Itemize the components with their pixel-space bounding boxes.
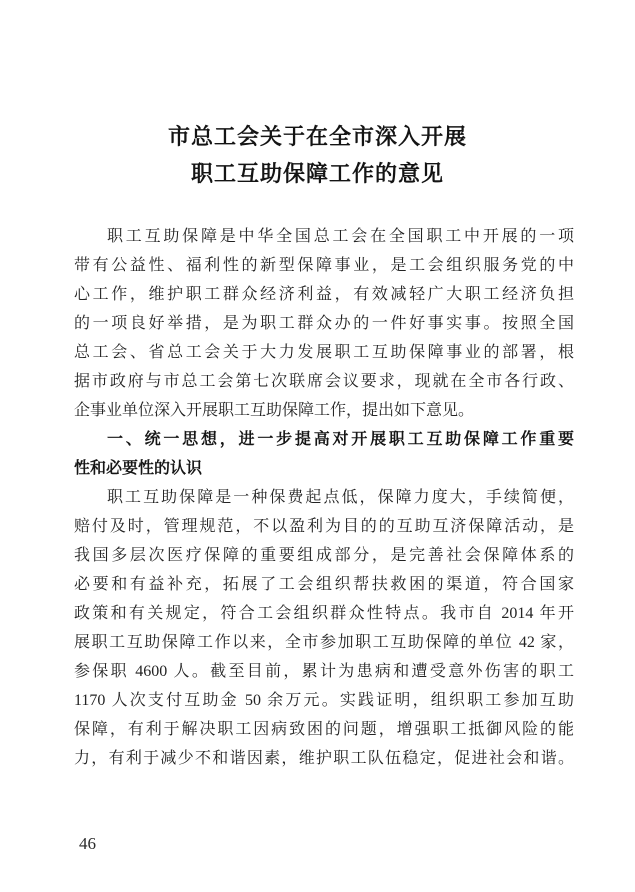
intro-paragraph: 职工互助保障是中华全国总工会在全国职工中开展的一项 带有公益性、福利性的新型保障…: [74, 222, 574, 425]
section-heading-1: 一、统一思想，进一步提高对开展职工互助保障工作重要 性和必要性的认识: [74, 425, 574, 483]
document-body: 职工互助保障是中华全国总工会在全国职工中开展的一项 带有公益性、福利性的新型保障…: [74, 222, 574, 773]
heading-line: 一、统一思想，进一步提高对开展职工互助保障工作重要: [74, 425, 574, 454]
text-line: 必要和有益补充，拓展了工会组织帮扶救困的渠道，符合国家: [74, 570, 574, 599]
text-line: 力，有利于减少不和谐因素，维护职工队伍稳定，促进社会和谐。: [74, 744, 574, 773]
text-line: 的一项良好举措，是为职工群众办的一件好事实事。按照全国: [74, 309, 574, 338]
heading-line: 性和必要性的认识: [74, 454, 574, 483]
page-number: 46: [79, 834, 96, 854]
text-line: 职工互助保障是一种保费起点低，保障力度大，手续简便，: [74, 483, 574, 512]
document-title-line-1: 市总工会关于在全市深入开展: [0, 118, 635, 155]
document-title: 市总工会关于在全市深入开展 职工互助保障工作的意见: [0, 0, 635, 192]
text-line: 1170 人次支付互助金 50 余万元。实践证明，组织职工参加互助: [74, 686, 574, 715]
text-line: 心工作，维护职工群众经济利益，有效减轻广大职工经济负担: [74, 280, 574, 309]
text-line: 我国多层次医疗保障的重要组成部分，是完善社会保障体系的: [74, 541, 574, 570]
document-page: 市总工会关于在全市深入开展 职工互助保障工作的意见 职工互助保障是中华全国总工会…: [0, 0, 635, 892]
text-line: 据市政府与市总工会第七次联席会议要求，现就在全市各行政、: [74, 367, 574, 396]
section-1-paragraph: 职工互助保障是一种保费起点低，保障力度大，手续简便， 赔付及时，管理规范，不以盈…: [74, 483, 574, 773]
text-line: 带有公益性、福利性的新型保障事业，是工会组织服务党的中: [74, 251, 574, 280]
text-line: 企事业单位深入开展职工互助保障工作，提出如下意见。: [74, 396, 574, 425]
document-title-line-2: 职工互助保障工作的意见: [0, 155, 635, 192]
text-line: 政策和有关规定，符合工会组织群众性特点。我市自 2014 年开: [74, 599, 574, 628]
text-line: 保障，有利于解决职工因病致困的问题，增强职工抵御风险的能: [74, 715, 574, 744]
text-line: 赔付及时，管理规范，不以盈利为目的的互助互济保障活动，是: [74, 512, 574, 541]
text-line: 职工互助保障是中华全国总工会在全国职工中开展的一项: [74, 222, 574, 251]
text-line: 参保职 4600 人。截至目前，累计为患病和遭受意外伤害的职工: [74, 657, 574, 686]
text-line: 总工会、省总工会关于大力发展职工互助保障事业的部署，根: [74, 338, 574, 367]
text-line: 展职工互助保障工作以来，全市参加职工互助保障的单位 42 家，: [74, 628, 574, 657]
